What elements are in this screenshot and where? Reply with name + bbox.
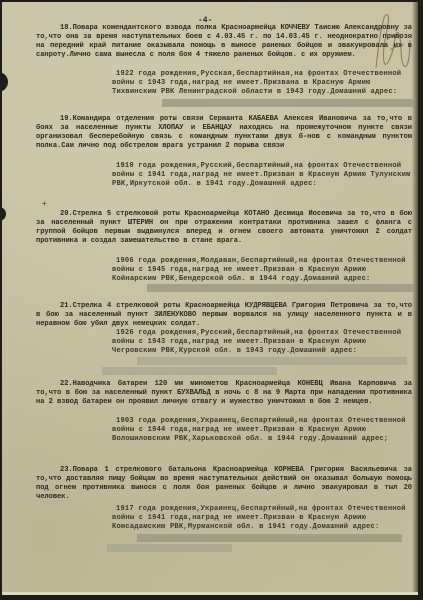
redacted-address [137,534,402,542]
biography-19: 1910 года рождения,Русский,беспартийный,… [112,162,414,189]
biography-22: 1903 года рождения,Украинец,беспартийный… [112,417,414,444]
award-citation-19: 19.Командира отделения роты связи Сержан… [36,115,412,151]
redacted-address [102,367,277,375]
award-citation-21: 21.Стрелка 4 стрелковой роты Красноармей… [36,302,412,329]
award-citation-23: 23.Повара 1 стрелкового батальона Красно… [36,466,412,502]
biography-20: 1906 года рождения,Молдаван,беспартийный… [112,257,414,284]
award-citation-18: 18.Повара комендантского взвода полка Кр… [36,24,412,60]
redacted-address [137,357,407,365]
document-page: -4- 18.Повара комендантского взвода полк… [2,2,418,595]
redacted-address [147,284,414,292]
award-citation-20: 20.Стрелка 5 стрелковой роты Красноармей… [36,210,412,246]
redacted-address [107,544,232,552]
biography-23: 1917 года рождения,Украинец,беспартийный… [112,505,414,532]
award-citation-22: 22.Наводчика батареи 120 мм минометов Кр… [36,380,412,407]
page-bottom-edge [2,592,418,595]
biography-18: 1922 года рождения,Русская,беспартийная,… [112,70,414,97]
redacted-address [162,99,414,107]
pencil-mark: + [42,200,47,209]
biography-21: 1926 года рождения,Русский,беспартийный,… [112,329,414,356]
binding-hole [2,72,8,92]
binding-hole [2,207,6,221]
